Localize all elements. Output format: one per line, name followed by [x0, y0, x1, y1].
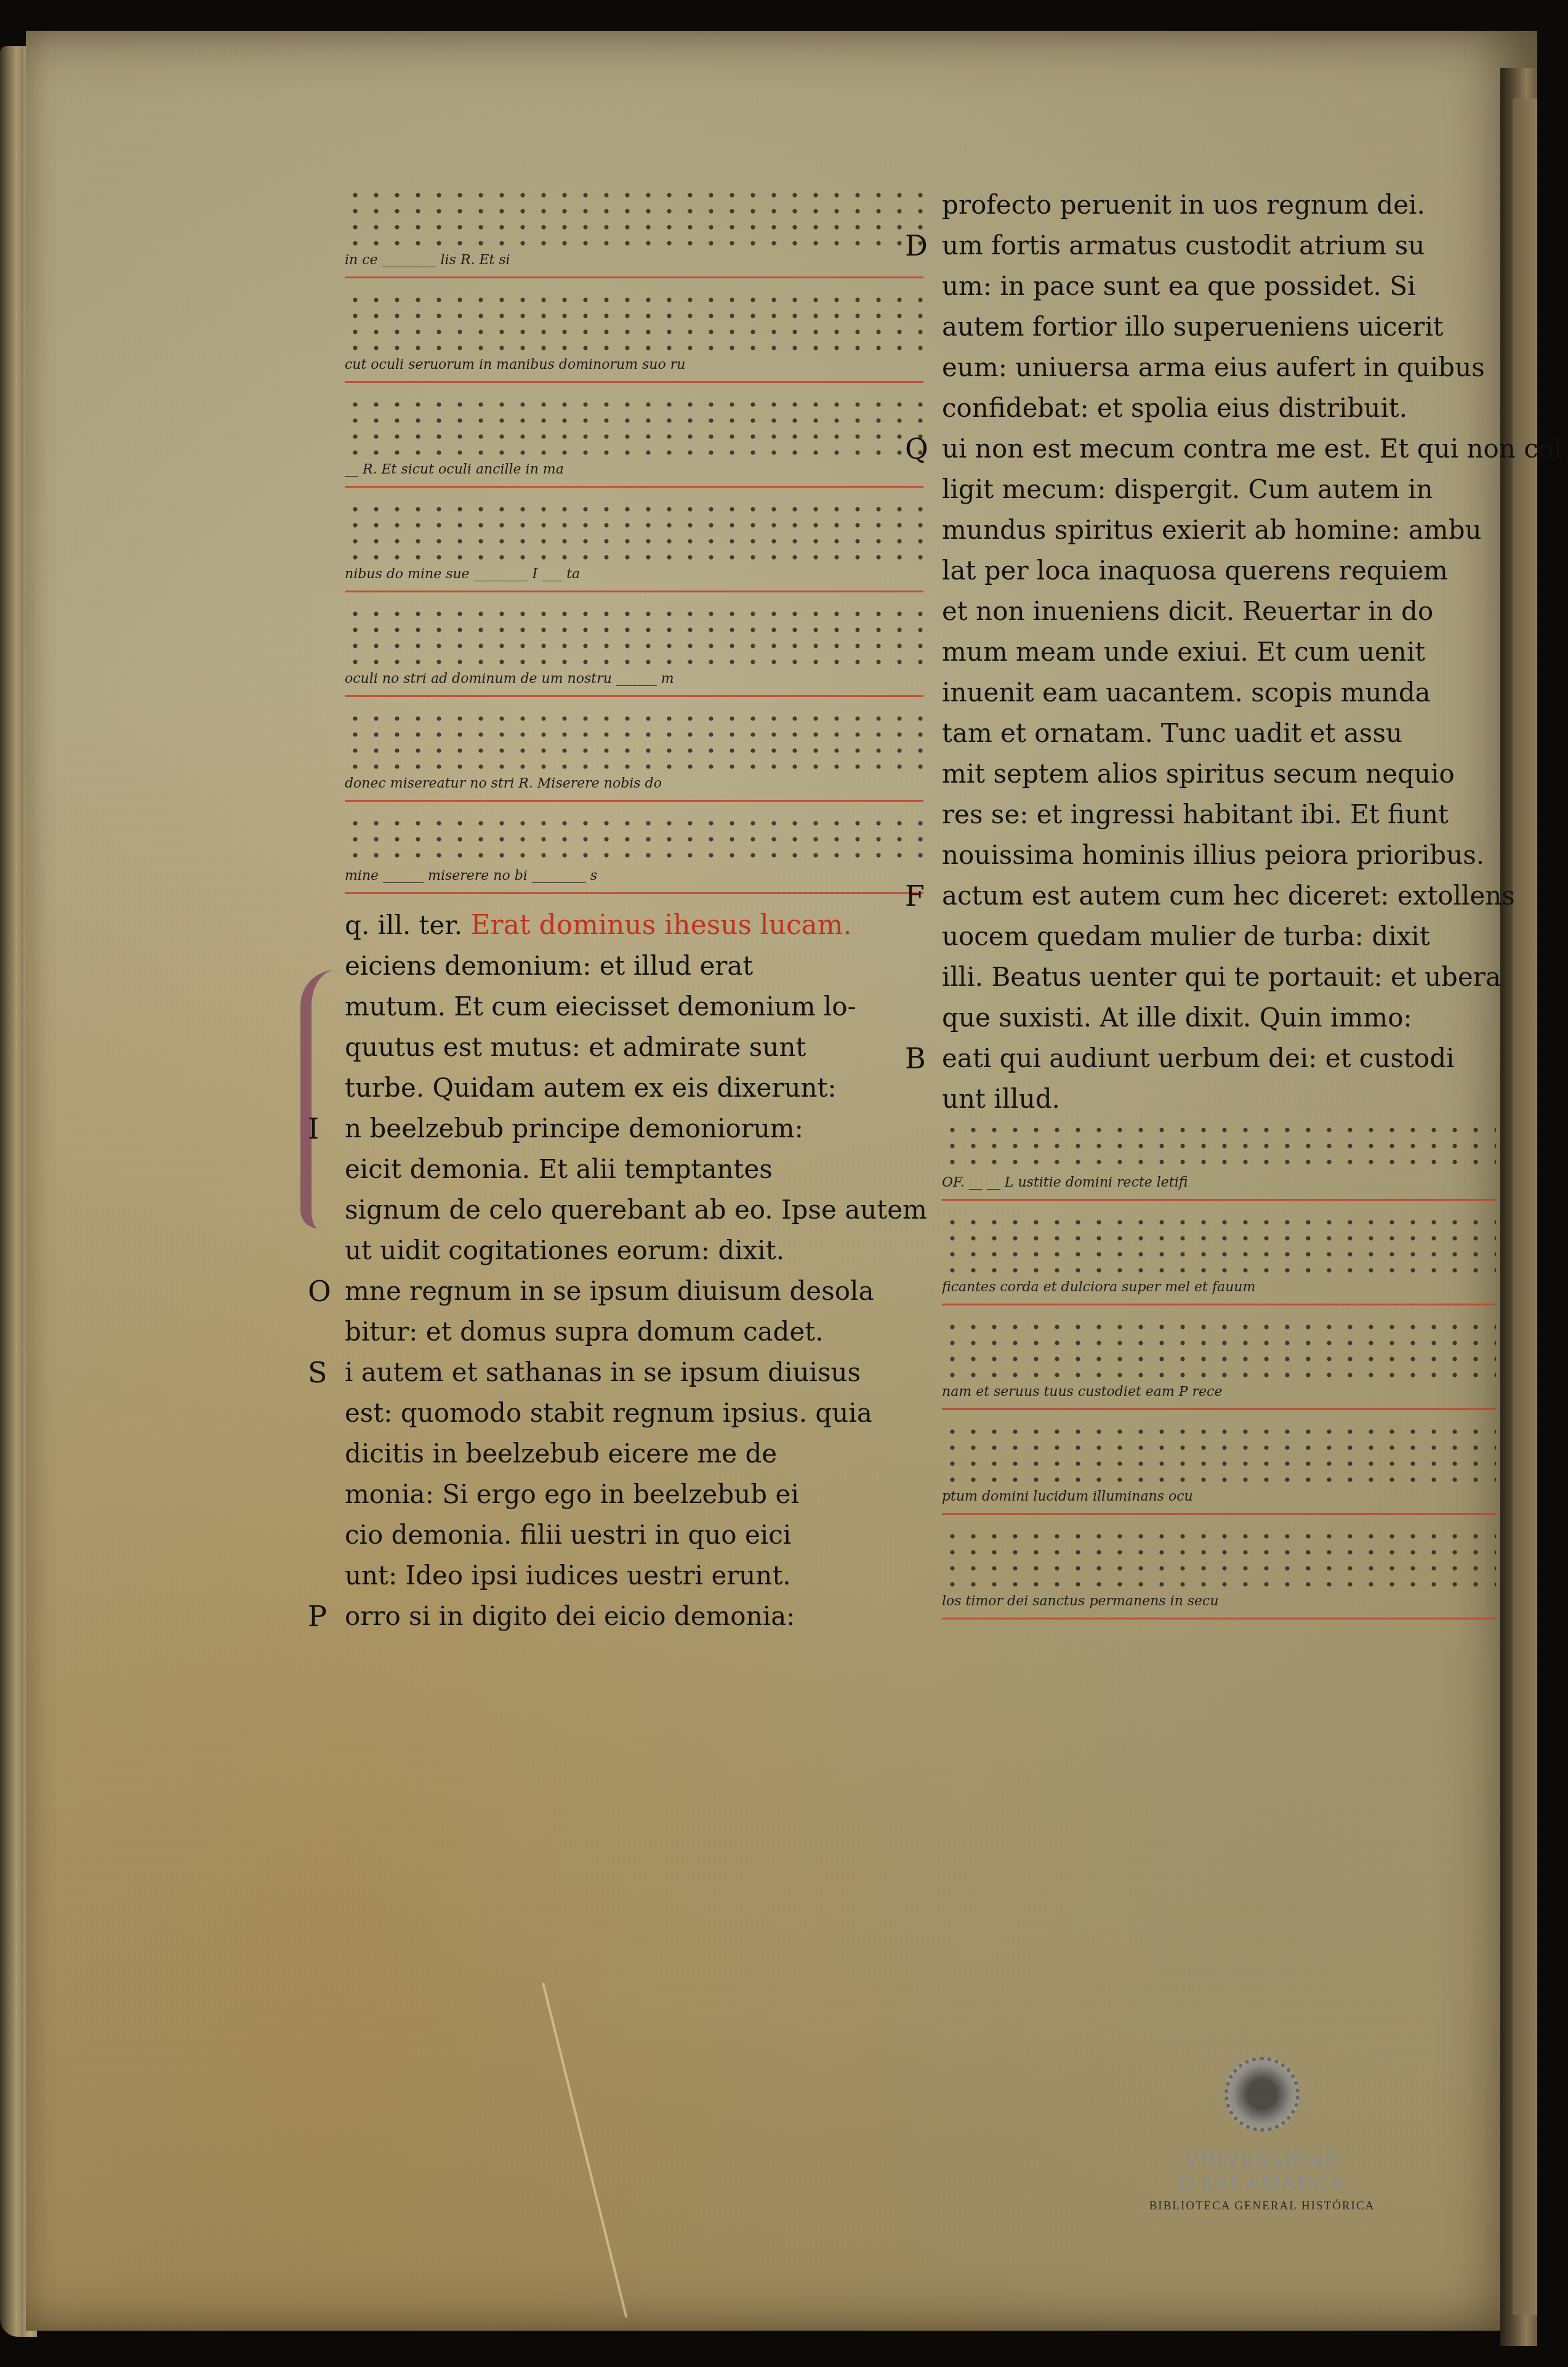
- versal-initial: D: [905, 225, 928, 266]
- right-column: profecto peruenit in uos regnum dei. Dum…: [942, 185, 1496, 1631]
- chant-lyric-line: nibus do mine sue ________ I ___ ta: [345, 567, 923, 603]
- versal-initial: O: [308, 1271, 331, 1312]
- watermark-university: VNIVERSIDAD: [1133, 2150, 1391, 2172]
- versal-initial: B: [905, 1038, 926, 1079]
- versal-initial: S: [308, 1352, 328, 1393]
- text-line: autem fortior illo superueniens uicerit: [942, 307, 1496, 347]
- left-column: in ce ________ lis R. Et si cut oculi se…: [345, 185, 923, 1637]
- text-line: Qui non est mecum contra me est. Et qui …: [942, 429, 1496, 469]
- text-line: bitur: et domus supra domum cadet.: [345, 1312, 923, 1352]
- neume-staff: [942, 1119, 1496, 1175]
- text-line: ut uidit cogitationes eorum: dixit.: [345, 1230, 923, 1271]
- text-line: Beati qui audiunt uerbum dei: et custodi: [942, 1038, 1496, 1079]
- text-line: mum meam unde exiui. Et cum uenit: [942, 632, 1496, 672]
- versal-initial: I: [308, 1108, 319, 1149]
- neume-staff: [345, 708, 923, 776]
- text-line: eum: uniuersa arma eius aufert in quibus: [942, 347, 1496, 388]
- watermark-library: BIBLIOTECA GENERAL HISTÓRICA: [1133, 2200, 1391, 2213]
- text-line: eicit demonia. Et alii temptantes: [345, 1149, 923, 1190]
- chant-lyric-line: cut oculi seruorum in manibus dominorum …: [345, 357, 923, 394]
- chant-lyric-line: __ R. Et sicut oculi ancille in ma: [345, 462, 923, 499]
- text-line: res se: et ingressi habitant ibi. Et fiu…: [942, 794, 1496, 835]
- rubric: lucam.: [760, 909, 852, 941]
- text-line: signum de celo querebant ab eo. Ipse aut…: [345, 1190, 923, 1230]
- versal-initial: P: [308, 1596, 327, 1637]
- chant-lyric-line: ficantes corda et dulciora super mel et …: [942, 1280, 1496, 1317]
- text-line: illi. Beatus uenter qui te portauit: et …: [942, 957, 1496, 998]
- text-line: ligit mecum: dispergit. Cum autem in: [942, 469, 1496, 510]
- chant-lyric-line: donec misereatur no stri R. Miserere nob…: [345, 776, 923, 813]
- neume-staff: [345, 394, 923, 462]
- neume-staff: [942, 1421, 1496, 1489]
- text-line: turbe. Quidam autem ex eis dixerunt:: [345, 1068, 923, 1108]
- text-line: mit septem alios spiritus secum nequio: [942, 754, 1496, 794]
- neume-staff: [942, 1212, 1496, 1280]
- text-line: In beelzebub principe demoniorum:: [345, 1108, 923, 1149]
- text-line: monia: Si ergo ego in beelzebub ei: [345, 1474, 923, 1515]
- facing-page-edge: [1513, 99, 1537, 2315]
- chant-lyric-line: ptum domini lucidum illuminans ocu: [942, 1489, 1496, 1526]
- text-line: Si autem et sathanas in se ipsum diuisus: [345, 1352, 923, 1393]
- text-line: cio demonia. filii uestri in quo eici: [345, 1515, 923, 1555]
- text-line: q. ill. ter. Erat dominus ihesus lucam.: [345, 905, 923, 946]
- text-line: mundus spiritus exierit ab homine: ambu: [942, 510, 1496, 550]
- chant-lyric-line: los timor dei sanctus permanens in secu: [942, 1594, 1496, 1631]
- watermark-salamanca: D SALAMANCA: [1133, 2172, 1391, 2195]
- decorated-initial-l: [300, 970, 336, 1228]
- neume-staff: [345, 813, 923, 868]
- neume-staff: [942, 1317, 1496, 1384]
- text-line: um: in pace sunt ea que possidet. Si: [942, 266, 1496, 307]
- versal-initial: F: [905, 876, 925, 916]
- text-line: unt illud.: [942, 1079, 1496, 1119]
- text-line: eiciens demonium: et illud erat: [345, 946, 923, 986]
- text-line: Omne regnum in se ipsum diuisum desola: [345, 1271, 923, 1312]
- text-line: que suxisti. At ille dixit. Quin immo:: [942, 998, 1496, 1038]
- text-line: Factum est autem cum hec diceret: extoll…: [942, 876, 1496, 916]
- chant-lyric-line: mine ______ miserere no bi ________ s: [345, 868, 923, 905]
- versal-initial: Q: [905, 429, 928, 469]
- text-line: tam et ornatam. Tunc uadit et assu: [942, 713, 1496, 754]
- chant-lyric-line: OF. __ __ L ustitie domini recte letifi: [942, 1175, 1496, 1212]
- neume-staff: [345, 185, 923, 252]
- chant-lyric-line: in ce ________ lis R. Et si: [345, 252, 923, 289]
- neume-staff: [345, 499, 923, 567]
- text-line: dicitis in beelzebub eicere me de: [345, 1434, 923, 1474]
- text-line: mutum. Et cum eiecisset demonium lo-: [345, 986, 923, 1027]
- neume-staff: [345, 289, 923, 357]
- chant-lyric-line: nam et seruus tuus custodiet eam P rece: [942, 1384, 1496, 1421]
- library-watermark: VNIVERSIDAD D SALAMANCA BIBLIOTECA GENER…: [1133, 2057, 1391, 2213]
- text-line: confidebat: et spolia eius distribuit.: [942, 388, 1496, 429]
- text-line: Porro si in digito dei eicio demonia:: [345, 1596, 923, 1637]
- neume-staff: [942, 1526, 1496, 1594]
- text-line: est: quomodo stabit regnum ipsius. quia: [345, 1393, 923, 1434]
- text-line: lat per loca inaquosa querens requiem: [942, 550, 1496, 591]
- text-line: et non inueniens dicit. Reuertar in do: [942, 591, 1496, 632]
- text-line: uocem quedam mulier de turba: dixit: [942, 916, 1496, 957]
- text-line: nouissima hominis illius peiora prioribu…: [942, 835, 1496, 876]
- text-line: profecto peruenit in uos regnum dei.: [942, 185, 1496, 225]
- chant-lyric-line: oculi no stri ad dominum de um nostru __…: [345, 671, 923, 708]
- university-seal-icon: [1224, 2057, 1300, 2132]
- text-line: quutus est mutus: et admirate sunt: [345, 1027, 923, 1068]
- text-line: Dum fortis armatus custodit atrium su: [942, 225, 1496, 266]
- text-line: unt: Ideo ipsi iudices uestri erunt.: [345, 1555, 923, 1596]
- rubric: Erat dominus ihesus: [471, 909, 752, 941]
- neume-staff: [345, 603, 923, 671]
- text-line: inuenit eam uacantem. scopis munda: [942, 672, 1496, 713]
